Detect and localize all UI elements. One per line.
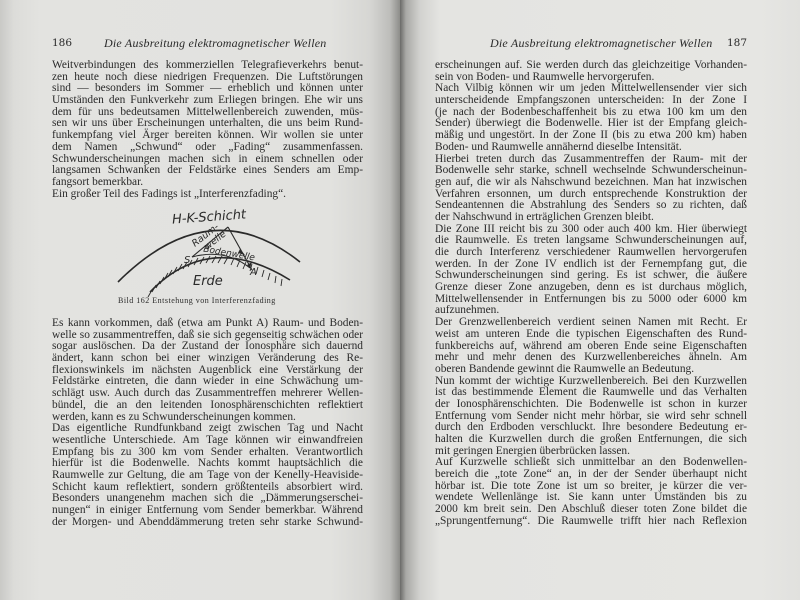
- text-line: wesentliche Unterschiede. Am Tage können…: [52, 435, 363, 447]
- paragraph-block-right: erscheinungen auf. Sie werden durch das …: [435, 60, 747, 528]
- text-line: „Sprungentfernung“. Die Raumwelle trifft…: [435, 516, 747, 528]
- right-page: Die Ausbreitung elektromagnetischer Well…: [400, 0, 800, 600]
- paragraph-block-bottom-left: Es kann vorkommen, daß (etwa am Punkt A)…: [52, 318, 363, 528]
- label-sender: S: [184, 255, 190, 266]
- text-line: ändert, kann schon bei einer winzigen Ve…: [52, 353, 363, 365]
- running-head-left: 186 Die Ausbreitung elektromagnetischer …: [52, 36, 364, 50]
- label-point-a: A: [250, 267, 257, 278]
- running-head-title-left: Die Ausbreitung elektromagnetischer Well…: [104, 36, 326, 50]
- text-line: Boden- und Raumwelle annähernd dieselbe …: [435, 142, 747, 154]
- text-line: unterscheidende Empfangszonen unterschei…: [435, 95, 747, 107]
- text-line: bündel, die an den leitenden Ionosphären…: [52, 400, 363, 412]
- figure-interference-fading: H-K-Schicht Raum- welle Bodenwelle S A E…: [100, 200, 320, 310]
- text-line: dem Namen „Schwund“ oder „Fading“ zusamm…: [52, 142, 363, 154]
- text-line: Ein großer Teil des Fadings ist „Interfe…: [52, 189, 363, 201]
- text-line: gen auf, die wir als Nahschwund bezeichn…: [435, 177, 747, 189]
- text-line: halten die Kurzwellen durch die großen E…: [435, 434, 747, 446]
- text-line: erscheinungen auf. Sie werden durch das …: [435, 60, 747, 72]
- text-line: oberen Bandende gewinnt die Raumwelle an…: [435, 364, 747, 376]
- text-line: der Ionosphärenschichten. Die Bodenwelle…: [435, 399, 747, 411]
- text-line: Weitverbindungen des kommerziellen Teleg…: [52, 60, 363, 72]
- text-line: Umständen den Funkverkehr zum Erliegen b…: [52, 95, 363, 107]
- running-head-title-right: Die Ausbreitung elektromagnetischer Well…: [490, 36, 712, 50]
- text-line: der Nahschwund in erträglichen Grenzen b…: [435, 212, 747, 224]
- page-number-left: 186: [52, 36, 72, 50]
- left-page: 186 Die Ausbreitung elektromagnetischer …: [0, 0, 400, 600]
- text-line: nungen“ in einiger Entfernung vom Sender…: [52, 505, 363, 517]
- text-line: die durch Interferenz verschiedener Raum…: [435, 247, 747, 259]
- label-earth: Erde: [193, 274, 223, 289]
- text-line: Es kann vorkommen, daß (etwa am Punkt A)…: [52, 318, 363, 330]
- paragraph-block-top-left: Weitverbindungen des kommerziellen Teleg…: [52, 60, 363, 200]
- text-line: der Morgen- und Abenddämmerung treten se…: [52, 517, 363, 529]
- text-line: weist am unteren Ende die typischen Eige…: [435, 329, 747, 341]
- figure-caption: Bild 162 Entstehung von Interferenzfadin…: [118, 296, 318, 305]
- text-line: fangsort bemerkbar.: [52, 177, 363, 189]
- text-line: bereich die „tote Zone“ an, in der der S…: [435, 469, 747, 481]
- running-head-right: Die Ausbreitung elektromagnetischer Well…: [435, 36, 747, 50]
- text-line: Grenze dieser Zone anzugeben, denn es is…: [435, 282, 747, 294]
- text-line: Raumwelle zur Geltung, die am Tage von d…: [52, 470, 363, 482]
- page-number-right: 187: [727, 36, 747, 50]
